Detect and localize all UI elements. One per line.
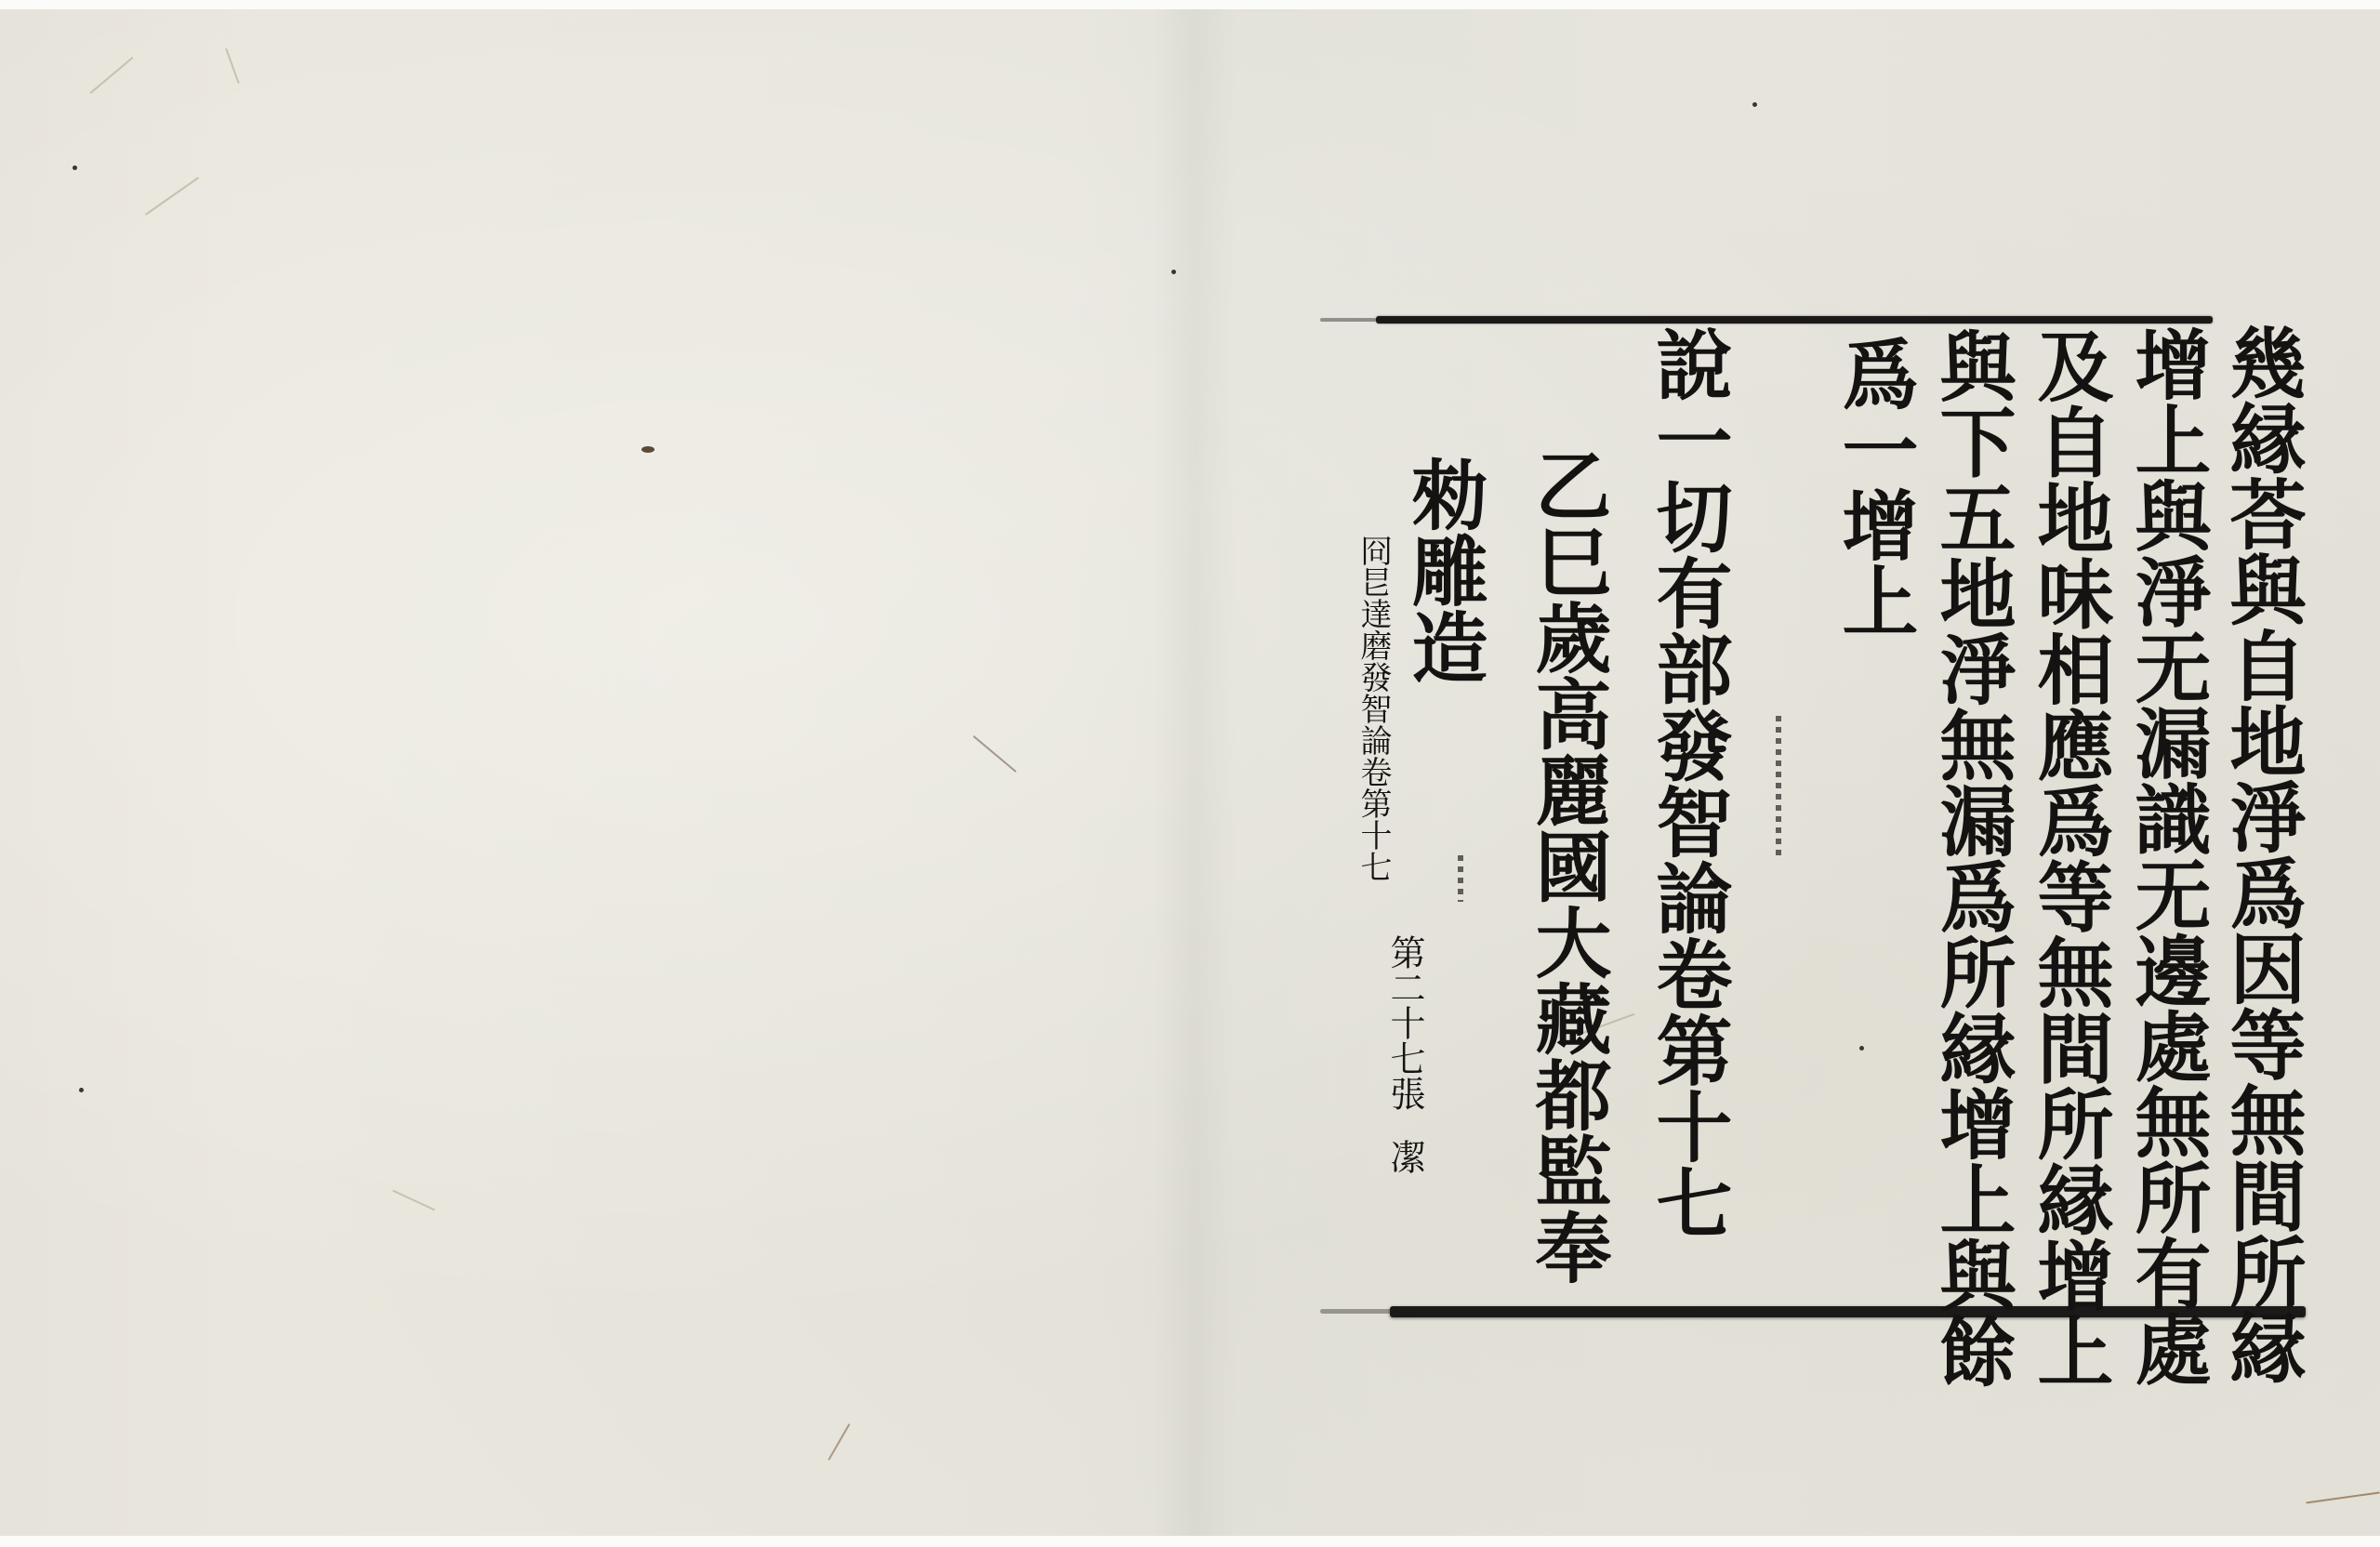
paper-fiber: [145, 177, 199, 216]
sheet-number: 第二十七張: [1387, 934, 1422, 1111]
fold-crease: [1153, 9, 1236, 1536]
ink-speck: [1752, 102, 1757, 107]
paper-fiber: [827, 1423, 850, 1461]
paper-fiber: [225, 48, 240, 84]
carver-mark: 㓗: [1387, 1139, 1422, 1174]
ink-speck: [79, 1088, 84, 1092]
frame-bottom-rule-faded: [1320, 1309, 1395, 1314]
ink-bleed: [1776, 716, 1781, 855]
volume-title: 說一切有部發智論卷第十七: [1650, 325, 1726, 1240]
body-column-2: 增上與淨无漏識无邊處無所有處: [2129, 325, 2205, 1386]
ink-speck: [641, 446, 654, 453]
paper-fiber: [2306, 1491, 2380, 1503]
ink-bleed: [1458, 855, 1463, 902]
ink-speck: [73, 165, 77, 170]
ink-speck: [1171, 270, 1176, 274]
colophon-date-line: 乙巳歲高麗國大藏都監奉: [1529, 446, 1606, 1285]
body-column-1: 幾縁荅與自地淨爲因等無間所縁: [2224, 324, 2300, 1384]
paper-fiber: [972, 735, 1016, 773]
frame-top-rule: [1376, 316, 2213, 324]
colophon-decree-line: 勑雕造: [1406, 456, 1482, 684]
paper-fiber: [392, 1190, 435, 1211]
frame-top-rule-faded: [1320, 318, 1376, 322]
body-column-4: 與下五地淨無漏爲所縁增上與餘: [1934, 327, 2010, 1388]
body-column-3: 及自地味相應爲等無間所縁增上: [2031, 327, 2108, 1388]
body-column-5: 爲一增上: [1836, 335, 1912, 638]
paper-fiber: [89, 57, 133, 94]
margin-title: 冏㫐達磨發智論卷第十七: [1357, 535, 1389, 882]
ink-speck: [1859, 1046, 1864, 1051]
